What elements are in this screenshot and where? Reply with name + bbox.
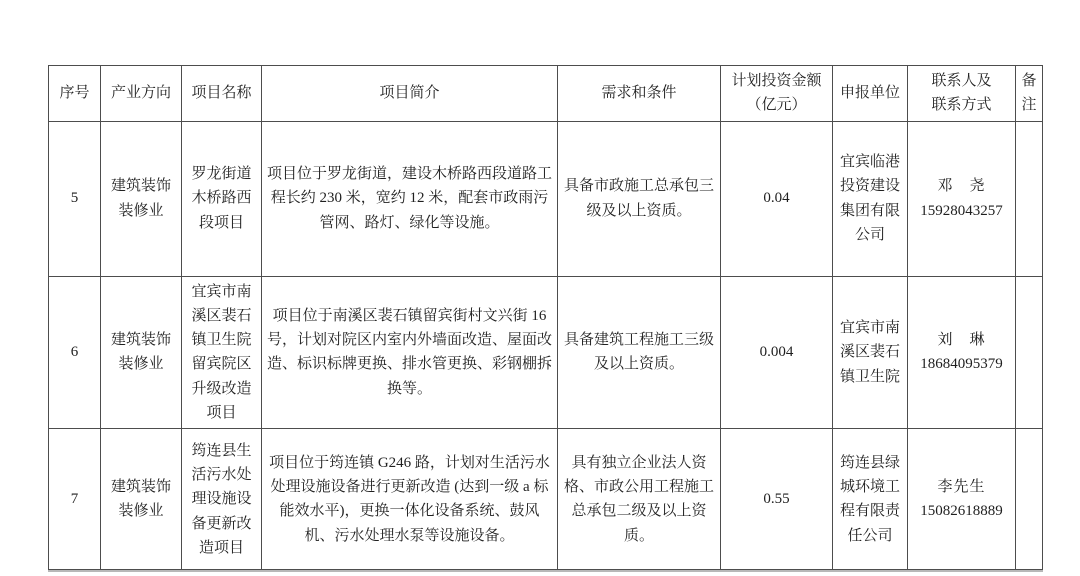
contact-name: 邓 尧: [912, 174, 1011, 198]
header-industry: 产业方向: [101, 66, 182, 122]
header-applicant: 申报单位: [833, 66, 908, 122]
cell-requirements: 具有独立企业法人资格、市政公用工程施工总承包二级及以上资质。: [558, 429, 721, 570]
cell-applicant: 筠连县绿城环境工程有限责任公司: [833, 429, 908, 570]
cell-no: 6: [49, 276, 101, 429]
cell-intro: 项目位于南溪区裴石镇留宾街村文兴街 16 号，计划对院区内室内外墙面改造、屋面改…: [262, 276, 558, 429]
table-row: 5 建筑装饰装修业 罗龙街道木桥路西段项目 项目位于罗龙街道，建设木桥路西段道路…: [49, 121, 1043, 276]
cell-industry: 建筑装饰装修业: [101, 429, 182, 570]
cell-investment: 0.004: [721, 276, 833, 429]
cell-project-name: 罗龙街道木桥路西段项目: [182, 121, 262, 276]
header-investment: 计划投资金额 （亿元）: [721, 66, 833, 122]
cell-applicant: 宜宾市南溪区裴石镇卫生院: [833, 276, 908, 429]
contact-name: 刘 琳: [912, 328, 1011, 352]
contact-phone: 15928043257: [912, 199, 1011, 223]
cell-intro: 项目位于筠连镇 G246 路，计划对生活污水处理设施设备进行更新改造 (达到一级…: [262, 429, 558, 570]
cell-intro: 项目位于罗龙街道，建设木桥路西段道路工程长约 230 米，宽约 12 米，配套市…: [262, 121, 558, 276]
project-table: 序号 产业方向 项目名称 项目简介 需求和条件 计划投资金额 （亿元） 申报单位…: [48, 65, 1043, 570]
contact-phone: 15082618889: [912, 499, 1011, 523]
cell-project-name: 宜宾市南溪区裴石镇卫生院留宾院区升级改造项目: [182, 276, 262, 429]
cell-requirements: 具备建筑工程施工三级及以上资质。: [558, 276, 721, 429]
cell-contact: 邓 尧 15928043257: [908, 121, 1016, 276]
table-row: 6 建筑装饰装修业 宜宾市南溪区裴石镇卫生院留宾院区升级改造项目 项目位于南溪区…: [49, 276, 1043, 429]
cell-remark: [1016, 429, 1043, 570]
table-row: 7 建筑装饰装修业 筠连县生活污水处理设施设备更新改造项目 项目位于筠连镇 G2…: [49, 429, 1043, 570]
cell-investment: 0.04: [721, 121, 833, 276]
cell-no: 7: [49, 429, 101, 570]
header-no: 序号: [49, 66, 101, 122]
header-requirements: 需求和条件: [558, 66, 721, 122]
header-project-name: 项目名称: [182, 66, 262, 122]
cell-no: 5: [49, 121, 101, 276]
contact-phone: 18684095379: [912, 352, 1011, 376]
cell-remark: [1016, 276, 1043, 429]
cell-investment: 0.55: [721, 429, 833, 570]
cell-industry: 建筑装饰装修业: [101, 121, 182, 276]
cell-contact: 李先生 15082618889: [908, 429, 1016, 570]
header-intro: 项目简介: [262, 66, 558, 122]
cell-requirements: 具备市政施工总承包三级及以上资质。: [558, 121, 721, 276]
table-header-row: 序号 产业方向 项目名称 项目简介 需求和条件 计划投资金额 （亿元） 申报单位…: [49, 66, 1043, 122]
cell-remark: [1016, 121, 1043, 276]
cell-project-name: 筠连县生活污水处理设施设备更新改造项目: [182, 429, 262, 570]
cell-applicant: 宜宾临港投资建设集团有限公司: [833, 121, 908, 276]
header-contact: 联系人及 联系方式: [908, 66, 1016, 122]
header-remark: 备 注: [1016, 66, 1043, 122]
document-page: 序号 产业方向 项目名称 项目简介 需求和条件 计划投资金额 （亿元） 申报单位…: [0, 0, 1080, 576]
cell-contact: 刘 琳 18684095379: [908, 276, 1016, 429]
cell-industry: 建筑装饰装修业: [101, 276, 182, 429]
contact-name: 李先生: [912, 475, 1011, 499]
